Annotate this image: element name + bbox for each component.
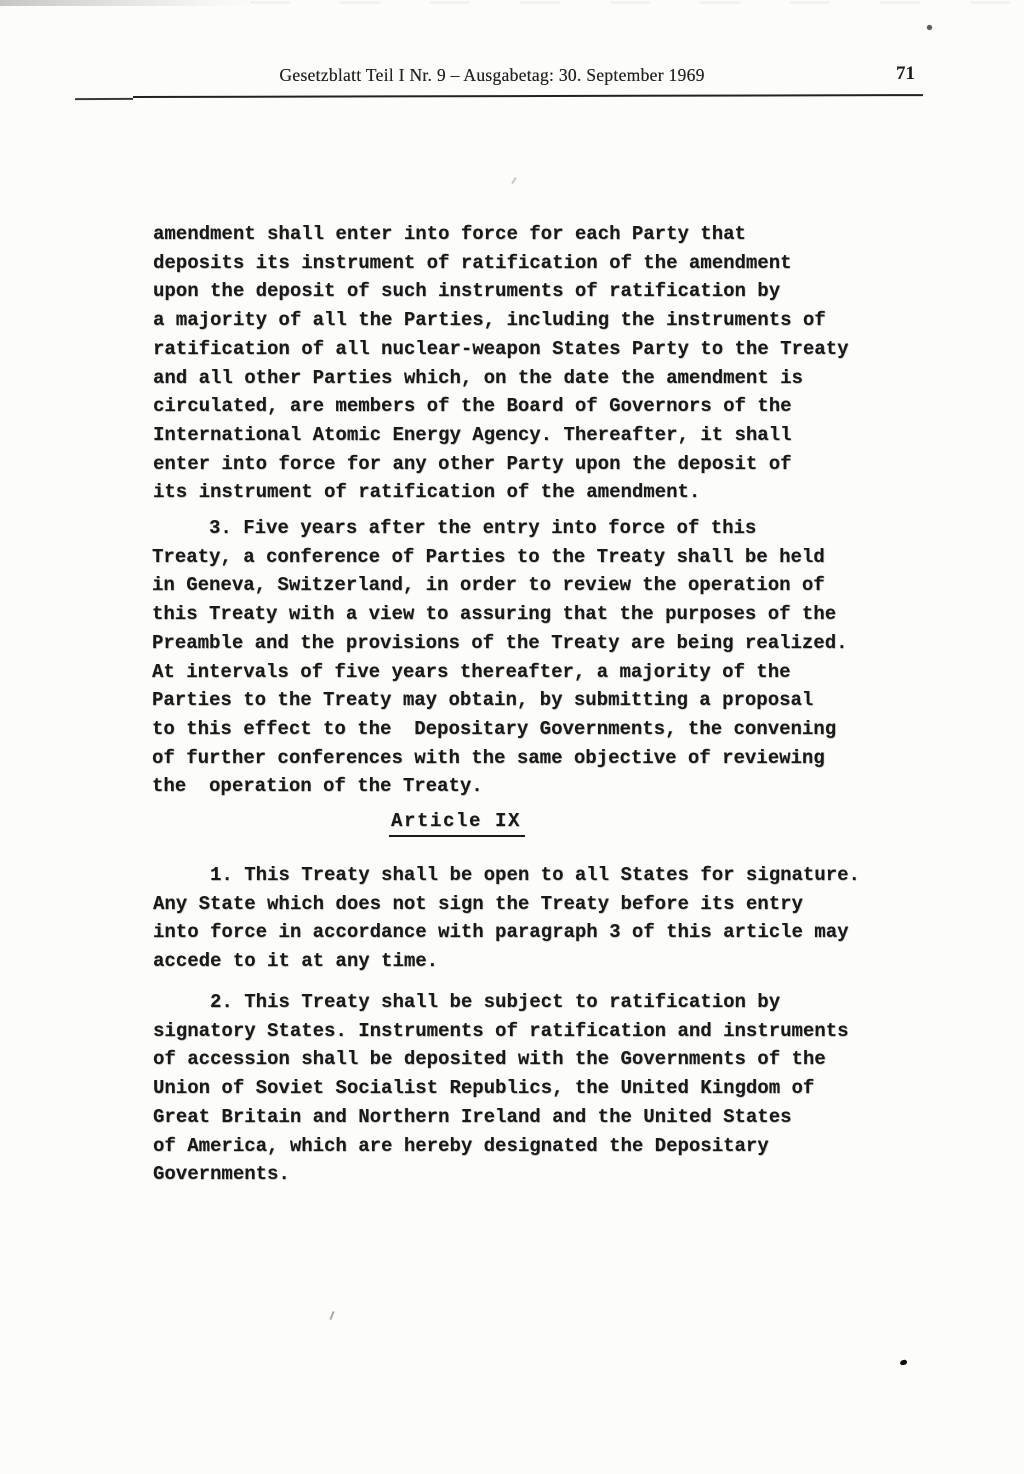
header-rule-left-segment: [75, 98, 133, 100]
article-ix-heading: Article IX: [389, 810, 525, 837]
running-head-title: Gesetzblatt Teil I Nr. 9 – Ausgabetag: 3…: [172, 65, 812, 86]
paragraph-article9-item2: 2. This Treaty shall be subject to ratif…: [153, 988, 849, 1189]
ink-dot-bottom-right: [899, 1359, 907, 1366]
scan-smudge-top-edge: [250, 1, 1024, 4]
scan-speck-top-right: [927, 25, 932, 30]
scan-smudge-top-left: [0, 0, 255, 6]
page-number: 71: [896, 63, 915, 85]
paragraph-article8-item3: 3. Five years after the entry into force…: [152, 514, 848, 801]
paragraph-amendment-clause: amendment shall enter into force for eac…: [153, 220, 849, 507]
header-rule: [133, 94, 923, 98]
scan-slash-mark-lower: [329, 1311, 334, 1320]
document-page: Gesetzblatt Teil I Nr. 9 – Ausgabetag: 3…: [0, 0, 1024, 1474]
paragraph-article9-item1: 1. This Treaty shall be open to all Stat…: [153, 861, 860, 976]
scan-slash-mark-upper: [511, 177, 516, 184]
